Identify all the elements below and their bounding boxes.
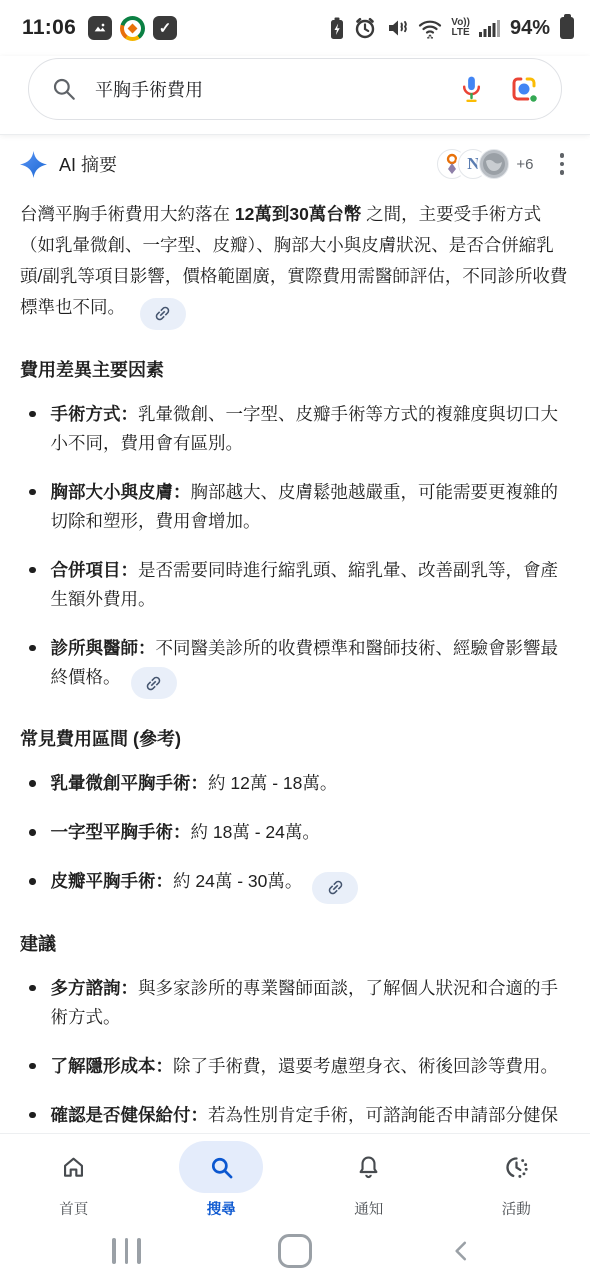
search-icon xyxy=(208,1154,235,1181)
gallery-notification-icon xyxy=(88,16,112,40)
battery-percent: 94% xyxy=(510,17,550,40)
search-query[interactable]: 平胸手術費用 xyxy=(95,76,203,102)
status-bar: 11:06 ✓ Vo)) LTE 94% xyxy=(0,0,590,56)
list-item: 乳暈微創平胸手術：約 12萬 - 18萬。 xyxy=(20,769,570,798)
activity-clock-icon xyxy=(503,1154,530,1181)
recents-button[interactable] xyxy=(112,1238,141,1264)
ai-sparkle-icon xyxy=(20,151,47,178)
checkmark-notification-icon: ✓ xyxy=(153,16,177,40)
nav-item-activity[interactable]: 活動 xyxy=(443,1141,590,1223)
google-lens-icon[interactable] xyxy=(509,74,539,104)
nav-item-notifications[interactable]: 通知 xyxy=(295,1141,443,1223)
source-avatar-3[interactable] xyxy=(479,149,509,179)
notification-icons: ✓ xyxy=(88,16,177,41)
overflow-menu-icon[interactable] xyxy=(554,149,571,179)
clock-time: 11:06 xyxy=(22,16,76,40)
nav-item-search[interactable]: 搜尋 xyxy=(148,1141,296,1223)
wifi-icon xyxy=(417,16,443,40)
voice-search-icon[interactable] xyxy=(458,74,485,104)
status-icons: Vo)) LTE 94% xyxy=(329,16,574,40)
search-bar[interactable]: 平胸手術費用 xyxy=(28,58,562,120)
search-header: 平胸手術費用 xyxy=(0,56,590,135)
list-item: 一字型平胸手術：約 18萬 - 24萬。 xyxy=(20,818,570,847)
app-ring-notification-icon xyxy=(120,16,145,41)
source-avatars[interactable]: N xyxy=(437,149,509,179)
search-icon xyxy=(51,76,77,102)
ai-summary-paragraph: 台灣平胸手術費用大約落在 12萬到30萬台幣 之間，主要受手術方式（如乳暈微創、… xyxy=(20,199,570,330)
list-item: 皮瓣平胸手術：約 24萬 - 30萬。 xyxy=(20,867,570,904)
list-item: 胸部大小與皮膚：胸部越大、皮膚鬆弛越嚴重，可能需要更複雜的切除和塑形，費用會增加… xyxy=(20,478,570,536)
list-item: 手術方式：乳暈微創、一字型、皮瓣手術等方式的複雜度與切口大小不同，費用會有區別。 xyxy=(20,400,570,458)
back-button[interactable] xyxy=(448,1238,474,1264)
ai-overview-header: AI 摘要 N +6 xyxy=(20,137,570,191)
battery-icon xyxy=(560,17,574,39)
volte-icon: Vo)) LTE xyxy=(451,18,470,38)
home-icon xyxy=(60,1154,87,1181)
bottom-navigation: 首頁 搜尋 通知 活動 xyxy=(0,1133,590,1223)
source-link-chip[interactable] xyxy=(140,298,186,330)
android-home-button[interactable] xyxy=(278,1234,312,1268)
section-heading: 建議 xyxy=(20,930,570,956)
phone-screen: 11:06 ✓ Vo)) LTE 94% 平胸手術費用 xyxy=(0,0,590,1280)
section-heading: 費用差異主要因素 xyxy=(20,356,570,382)
section-heading: 常見費用區間 (參考) xyxy=(20,725,570,751)
list-item: 了解隱形成本：除了手術費，還要考慮塑身衣、術後回診等費用。 xyxy=(20,1052,570,1081)
link-icon xyxy=(322,874,349,901)
link-icon xyxy=(140,670,167,697)
list-item: 合併項目：是否需要同時進行縮乳頭、縮乳暈、改善副乳等，會產生額外費用。 xyxy=(20,556,570,614)
source-link-chip[interactable] xyxy=(312,872,358,904)
battery-saver-icon xyxy=(329,16,345,40)
nav-item-home[interactable]: 首頁 xyxy=(0,1141,148,1223)
alarm-icon xyxy=(353,16,377,40)
link-icon xyxy=(149,300,176,327)
list-item: 多方諮詢：與多家診所的專業醫師面談，了解個人狀況和合適的手術方式。 xyxy=(20,974,570,1032)
ai-overview-title: AI 摘要 xyxy=(59,151,117,177)
android-navigation-bar xyxy=(0,1223,590,1280)
list-item: 診所與醫師：不同醫美診所的收費標準和醫師技術、經驗會影響最終價格。 xyxy=(20,634,570,700)
bell-icon xyxy=(355,1154,382,1181)
ai-overview-panel: AI 摘要 N +6 台灣平胸手術費用大約落在 12萬到30萬台幣 之間，主要受… xyxy=(0,137,590,1166)
more-sources-count[interactable]: +6 xyxy=(516,156,533,173)
signal-strength-icon xyxy=(478,17,500,39)
vibrate-mute-icon xyxy=(385,16,409,40)
source-link-chip[interactable] xyxy=(131,667,177,699)
